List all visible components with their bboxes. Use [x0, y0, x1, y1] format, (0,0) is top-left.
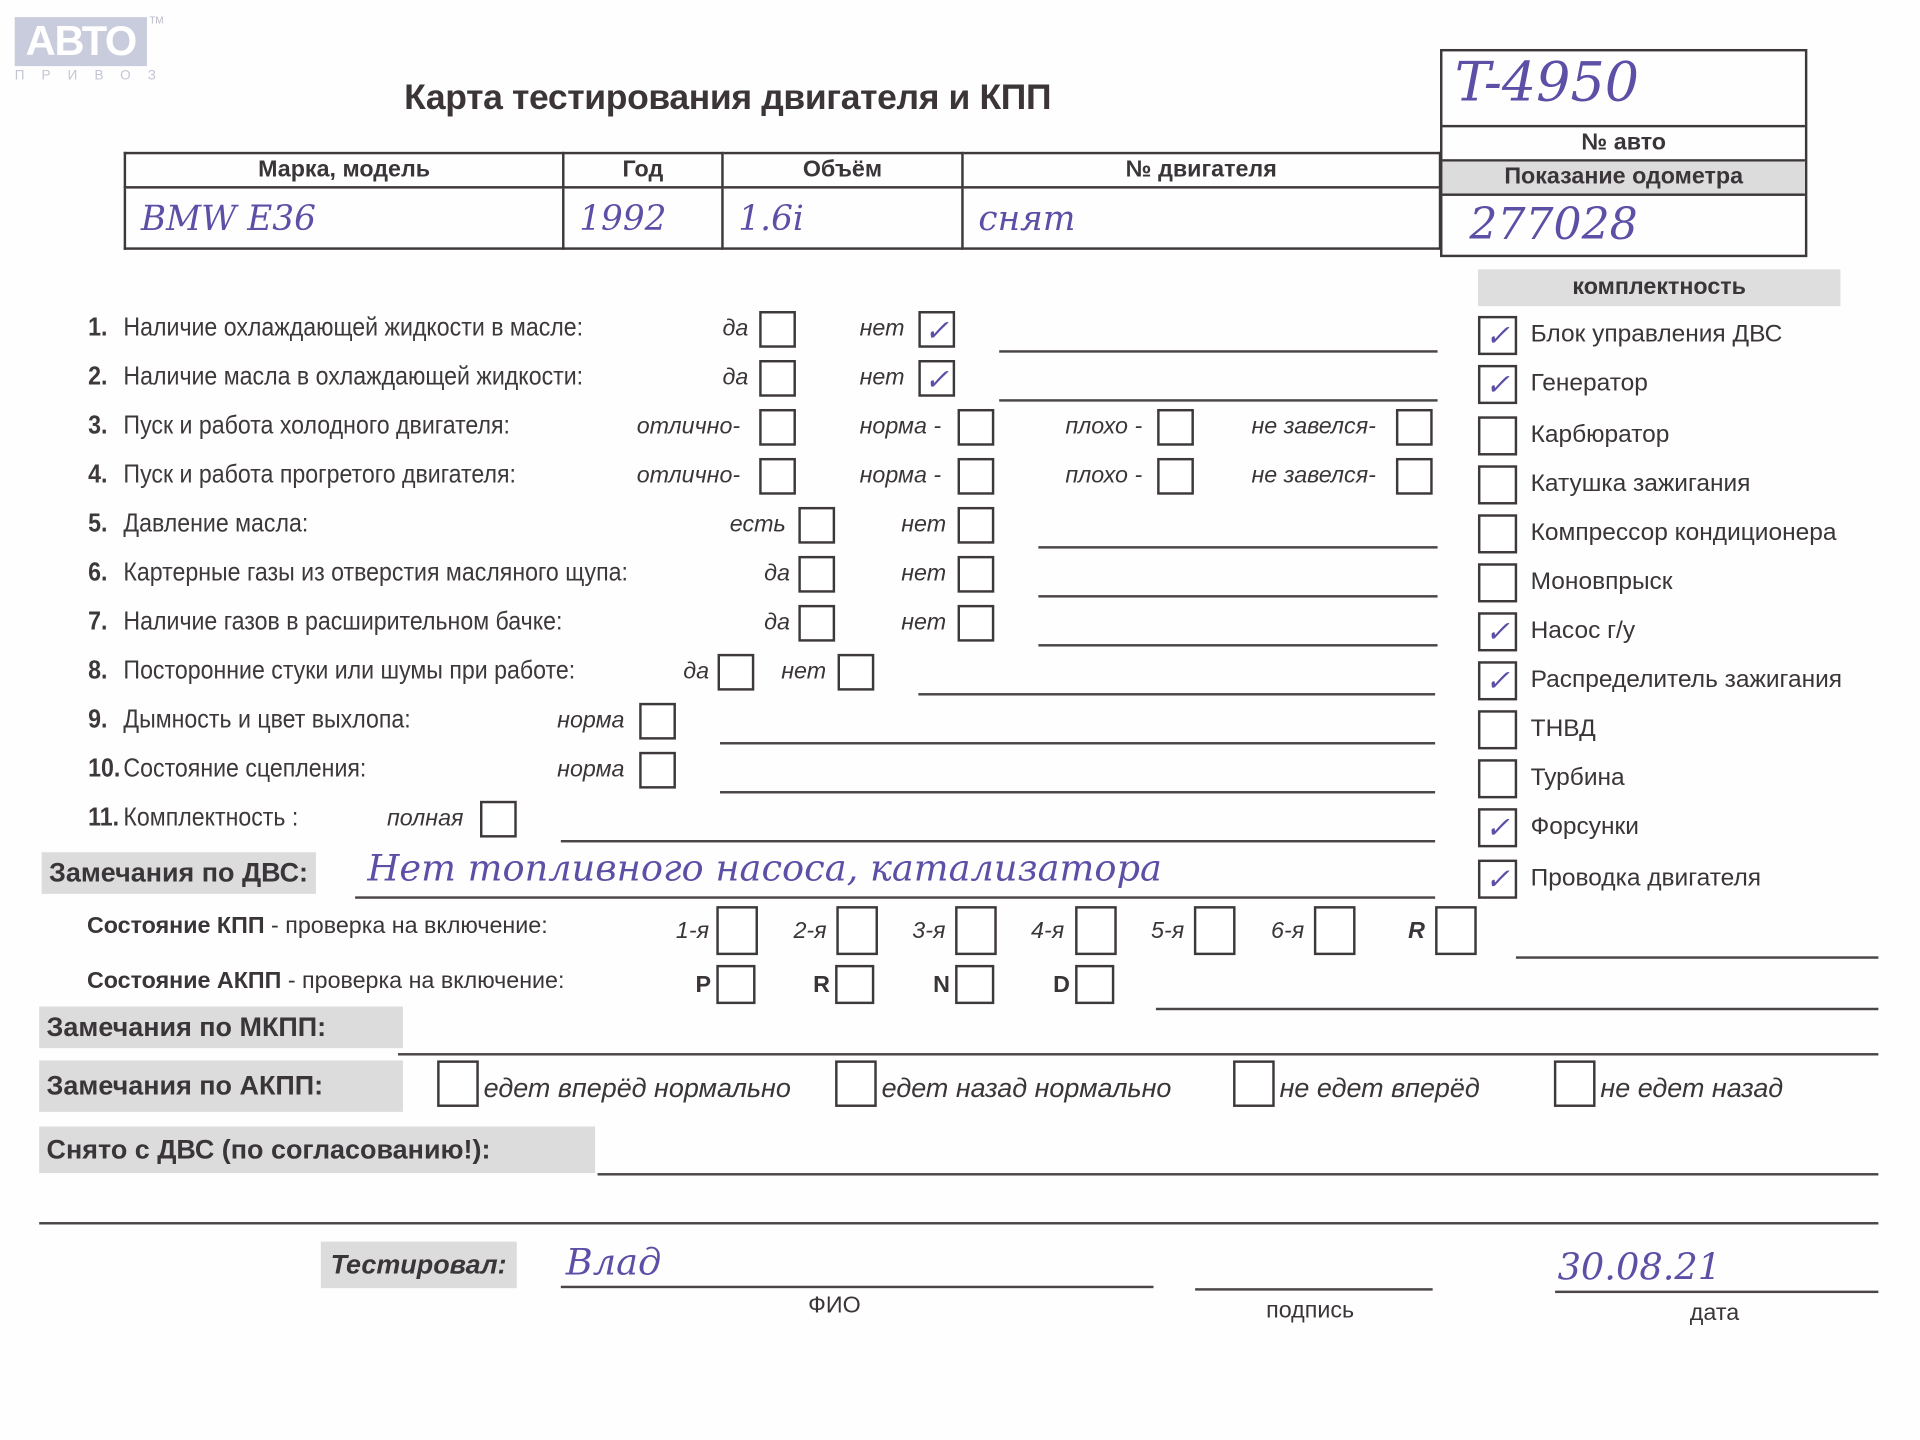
question-7-notes-line[interactable] [1038, 644, 1437, 646]
question-6-notes-line[interactable] [1038, 595, 1437, 597]
signature-line[interactable] [1195, 1288, 1433, 1290]
option-label: да [722, 365, 748, 392]
gear-label: 5-я [1151, 918, 1184, 945]
question-number: 6. [88, 558, 123, 587]
vehicle-info-table: Марка, модель Год Объём № двигателя BMW … [124, 152, 1442, 250]
tester-name-value: Влад [566, 1242, 662, 1285]
page-title: Карта тестирования двигателя и КПП [404, 78, 1051, 118]
question-text: Давление масла: [123, 509, 308, 537]
car-number-value: T-4950 [1442, 51, 1639, 113]
option-label: нет [901, 610, 946, 637]
question-10: 10.Состояние сцепления: [88, 754, 366, 783]
mkpp-remarks-label: Замечания по МКПП: [39, 1007, 403, 1049]
question-10-notes-line[interactable] [720, 791, 1435, 793]
completeness-checkbox-11[interactable]: ✓ [1478, 808, 1517, 847]
akpp-option-checkbox-1[interactable] [437, 1060, 479, 1107]
q10-checkbox-0[interactable] [639, 752, 676, 789]
question-8: 8.Посторонние стуки или шумы при работе: [88, 656, 575, 685]
akpp-option-checkbox-3[interactable] [1233, 1060, 1275, 1107]
removed-label: Снято с ДВС (по согласованию!): [39, 1127, 595, 1174]
option-label: есть [730, 512, 786, 539]
gear-checkbox-2-я[interactable] [836, 906, 878, 955]
question-text: Комплектность : [123, 803, 298, 831]
option-label: отлично- [637, 463, 740, 490]
completeness-checkbox-4[interactable] [1478, 465, 1517, 504]
question-text: Картерные газы из отверстия масляного щу… [123, 558, 627, 586]
question-number: 11. [88, 803, 123, 832]
col-header-year: Год [563, 153, 722, 187]
q1-checkbox-0[interactable] [759, 311, 796, 348]
option-label: норма [557, 757, 624, 784]
completeness-item-label: ТНВД [1531, 715, 1596, 743]
gear-label: R [1408, 918, 1425, 945]
manual-gearbox-label: Состояние КПП - проверка на включение: [87, 913, 548, 940]
completeness-item-label: Насос г/у [1531, 617, 1635, 645]
col-header-volume: Объём [722, 153, 962, 187]
check-mark-icon: ✓ [1480, 862, 1514, 896]
completeness-item-label: Генератор [1531, 370, 1648, 398]
akpp-option-label: едет вперёд нормально [484, 1073, 791, 1105]
mkpp-remarks-line[interactable] [398, 1053, 1878, 1055]
option-label: нет [901, 512, 946, 539]
q4-checkbox-1[interactable] [958, 458, 995, 495]
completeness-item-label: Форсунки [1531, 813, 1639, 841]
q3-checkbox-2[interactable] [1157, 409, 1194, 446]
logo: АВТО [15, 17, 147, 66]
option-label: нет [781, 659, 826, 686]
q7-checkbox-1[interactable] [958, 605, 995, 642]
q3-checkbox-1[interactable] [958, 409, 995, 446]
akpp-option-label: не едет назад [1600, 1073, 1783, 1105]
option-label: да [764, 561, 790, 588]
date-line[interactable] [1555, 1291, 1878, 1293]
date-caption: дата [1690, 1300, 1739, 1327]
question-text: Посторонние стуки или шумы при работе: [123, 656, 575, 684]
q8-checkbox-1[interactable] [838, 654, 875, 691]
q6-checkbox-1[interactable] [958, 556, 995, 593]
option-label: отлично- [637, 414, 740, 441]
check-mark-icon: ✓ [1480, 318, 1514, 352]
option-label: норма - [860, 414, 942, 441]
signature-caption: подпись [1266, 1298, 1354, 1325]
akpp-option-checkbox-2[interactable] [835, 1060, 877, 1107]
question-5: 5.Давление масла: [88, 509, 308, 538]
engine-number-value: снят [964, 198, 1076, 238]
extra-notes-line[interactable] [39, 1222, 1878, 1224]
gear-checkbox-4-я[interactable] [1075, 906, 1117, 955]
question-number: 9. [88, 705, 123, 734]
q11-checkbox-0[interactable] [480, 801, 517, 838]
q1-checkbox-1[interactable]: ✓ [918, 311, 955, 348]
q2-checkbox-0[interactable] [759, 360, 796, 397]
completeness-title: комплектность [1478, 269, 1840, 306]
check-mark-icon: ✓ [1480, 615, 1514, 649]
question-2: 2.Наличие масла в охлаждающей жидкости: [88, 362, 583, 391]
option-label: да [683, 659, 709, 686]
option-label: нет [901, 561, 946, 588]
position-checkbox-D[interactable] [1075, 965, 1114, 1004]
odometer-label: Показание одометра [1442, 162, 1804, 196]
question-number: 1. [88, 313, 123, 342]
question-5-notes-line[interactable] [1038, 546, 1437, 548]
q3-checkbox-3[interactable] [1396, 409, 1433, 446]
completeness-checkbox-9[interactable] [1478, 710, 1517, 749]
completeness-checkbox-12[interactable]: ✓ [1478, 860, 1517, 899]
question-9: 9.Дымность и цвет выхлопа: [88, 705, 411, 734]
gear-checkbox-3-я[interactable] [955, 906, 997, 955]
date-value: 30.08.21 [1558, 1247, 1722, 1290]
position-label: D [1053, 972, 1070, 999]
question-4: 4.Пуск и работа прогретого двигателя: [88, 460, 516, 489]
model-field[interactable]: BMW E36 [125, 187, 563, 248]
q6-checkbox-0[interactable] [798, 556, 835, 593]
gear-label: 2-я [793, 918, 826, 945]
q5-checkbox-1[interactable] [958, 507, 995, 544]
question-text: Состояние сцепления: [123, 754, 366, 782]
check-mark-icon: ✓ [921, 362, 953, 396]
completeness-item-label: Карбюратор [1531, 421, 1670, 449]
name-caption: ФИО [808, 1293, 861, 1320]
position-checkbox-R[interactable] [835, 965, 874, 1004]
model-value: BMW E36 [126, 198, 316, 238]
question-1: 1.Наличие охлаждающей жидкости в масле: [88, 313, 583, 342]
akpp-option-label: едет назад нормально [882, 1073, 1172, 1105]
q2-checkbox-1[interactable]: ✓ [918, 360, 955, 397]
question-3: 3.Пуск и работа холодного двигателя: [88, 411, 510, 440]
engine-number-field[interactable]: снят [962, 187, 1440, 248]
option-label: нет [860, 316, 905, 343]
gear-label: 4-я [1031, 918, 1064, 945]
q8-checkbox-0[interactable] [718, 654, 755, 691]
logo-trademark: TM [149, 15, 163, 26]
option-label: норма - [860, 463, 942, 490]
completeness-item-label: Блок управления ДВС [1531, 321, 1783, 349]
position-label: N [933, 972, 950, 999]
question-text: Пуск и работа холодного двигателя: [123, 411, 510, 439]
car-number-label: № авто [1442, 127, 1804, 161]
question-text: Наличие газов в расширительном бачке: [123, 607, 562, 635]
position-label: P [696, 972, 712, 999]
odometer-value: 277028 [1442, 200, 1637, 250]
check-mark-icon: ✓ [921, 313, 953, 347]
tester-name-line[interactable] [561, 1286, 1154, 1288]
car-number-field[interactable]: T-4950 [1442, 51, 1804, 127]
completeness-checkbox-7[interactable]: ✓ [1478, 612, 1517, 651]
completeness-item-label: Распределитель зажигания [1531, 666, 1842, 694]
option-label: полная [387, 806, 464, 833]
question-number: 7. [88, 607, 123, 636]
gear-checkbox-5-я[interactable] [1194, 906, 1236, 955]
engine-remarks-value: Нет топливного насоса, катализатора [367, 847, 1162, 890]
completeness-item-label: Компрессор кондиционера [1531, 519, 1837, 547]
completeness-checkbox-5[interactable] [1478, 514, 1517, 553]
gear-checkbox-6-я[interactable] [1314, 906, 1356, 955]
q5-checkbox-0[interactable] [798, 507, 835, 544]
completeness-item-label: Турбина [1531, 764, 1625, 792]
completeness-checkbox-2[interactable]: ✓ [1478, 365, 1517, 404]
q7-checkbox-0[interactable] [798, 605, 835, 642]
question-11: 11.Комплектность : [88, 803, 298, 832]
manual-gearbox-notes-line[interactable] [1516, 956, 1878, 958]
question-11-notes-line[interactable] [561, 840, 1435, 842]
gear-label: 3-я [912, 918, 945, 945]
col-header-model: Марка, модель [125, 153, 563, 187]
check-mark-icon: ✓ [1480, 811, 1514, 845]
completeness-item-label: Катушка зажигания [1531, 470, 1751, 498]
option-label: да [722, 316, 748, 343]
question-number: 4. [88, 460, 123, 489]
option-label: плохо - [1065, 414, 1142, 441]
question-number: 2. [88, 362, 123, 391]
engine-remarks-label: Замечания по ДВС: [42, 852, 316, 894]
year-field[interactable]: 1992 [563, 187, 722, 248]
question-9-notes-line[interactable] [720, 742, 1435, 744]
option-label: нет [860, 365, 905, 392]
completeness-checkbox-6[interactable] [1478, 563, 1517, 602]
volume-field[interactable]: 1.6i [722, 187, 962, 248]
gear-checkbox-1-я[interactable] [716, 906, 758, 955]
completeness-checkbox-8[interactable]: ✓ [1478, 661, 1517, 700]
completeness-item-label: Проводка двигателя [1531, 864, 1761, 892]
completeness-checkbox-1[interactable]: ✓ [1478, 316, 1517, 355]
q9-checkbox-0[interactable] [639, 703, 676, 740]
question-1-notes-line[interactable] [999, 350, 1437, 352]
tested-by-label: Тестировал: [321, 1242, 517, 1289]
removed-line[interactable] [598, 1173, 1879, 1175]
gear-label: 1-я [676, 918, 709, 945]
gear-checkbox-R[interactable] [1435, 906, 1477, 955]
akpp-remarks-label: Замечания по АКПП: [39, 1060, 403, 1111]
akpp-option-checkbox-4[interactable] [1554, 1060, 1596, 1107]
position-checkbox-N[interactable] [955, 965, 994, 1004]
volume-value: 1.6i [724, 198, 804, 238]
completeness-checkbox-3[interactable] [1478, 416, 1517, 455]
question-number: 8. [88, 656, 123, 685]
option-label: норма [557, 708, 624, 735]
q3-checkbox-0[interactable] [759, 409, 796, 446]
question-2-notes-line[interactable] [999, 399, 1437, 401]
position-label: R [813, 972, 830, 999]
odometer-field[interactable]: 277028 [1442, 196, 1804, 255]
engine-remarks-line[interactable] [355, 896, 1435, 898]
position-checkbox-P[interactable] [716, 965, 755, 1004]
option-label: да [764, 610, 790, 637]
question-text: Наличие охлаждающей жидкости в масле: [123, 313, 583, 341]
question-6: 6.Картерные газы из отверстия масляного … [88, 558, 628, 587]
logo-subtitle: ПРИВОЗ [15, 69, 173, 84]
check-mark-icon: ✓ [1480, 367, 1514, 401]
question-number: 10. [88, 754, 123, 783]
question-8-notes-line[interactable] [918, 693, 1435, 695]
question-text: Наличие масла в охлаждающей жидкости: [123, 362, 583, 390]
option-label: не завелся- [1251, 463, 1375, 490]
question-number: 5. [88, 509, 123, 538]
car-number-box: T-4950 № авто Показание одометра 277028 [1440, 49, 1807, 257]
test-card-page: АВТО TM ПРИВОЗ Карта тестирования двигат… [0, 0, 1920, 1440]
question-text: Пуск и работа прогретого двигателя: [123, 460, 516, 488]
question-number: 3. [88, 411, 123, 440]
option-label: не завелся- [1251, 414, 1375, 441]
gear-label: 6-я [1271, 918, 1304, 945]
akpp-option-label: не едет вперёд [1280, 1073, 1480, 1105]
col-header-engine-number: № двигателя [962, 153, 1440, 187]
question-text: Дымность и цвет выхлопа: [123, 705, 410, 733]
q4-checkbox-2[interactable] [1157, 458, 1194, 495]
completeness-item-label: Моновпрыск [1531, 568, 1673, 596]
option-label: плохо - [1065, 463, 1142, 490]
q4-checkbox-3[interactable] [1396, 458, 1433, 495]
question-7: 7.Наличие газов в расширительном бачке: [88, 607, 562, 636]
completeness-checkbox-10[interactable] [1478, 759, 1517, 798]
check-mark-icon: ✓ [1480, 664, 1514, 698]
year-value: 1992 [564, 198, 666, 238]
auto-gearbox-notes-line[interactable] [1156, 1008, 1878, 1010]
auto-gearbox-label: Состояние АКПП - проверка на включение: [87, 969, 565, 996]
q4-checkbox-0[interactable] [759, 458, 796, 495]
